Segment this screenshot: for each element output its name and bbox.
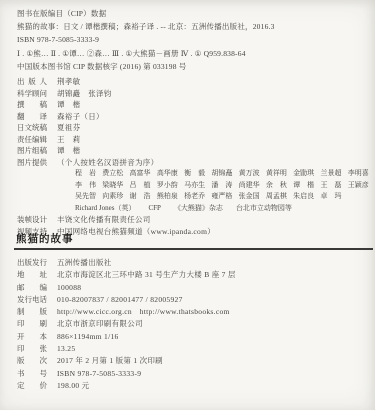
credit-label: 科学顾问 — [17, 88, 47, 100]
cip-heading: 图书在版编目（CIP）数据 — [17, 7, 369, 20]
pub-label: 版次 — [17, 355, 47, 367]
credit-value: 谭 楷 — [57, 146, 80, 155]
pub-label: 定价 — [17, 380, 47, 392]
credit-value: 夏祖芬 — [57, 123, 80, 132]
credit-value: 王 莉 — [57, 135, 80, 144]
photo-name: 吕 植 — [130, 180, 157, 192]
pub-value: 五洲传播出版社 — [57, 258, 112, 267]
photo-name: 向素珍 — [102, 191, 129, 203]
credit-row-responsible-editor: 责任编辑王 莉 — [17, 134, 371, 146]
photo-provider-names-row-2: 李 伟 梁晓华 吕 植 罗小韵 马亦生 潘 涛 尚建华 余 秋 谭 楷 王 磊 … — [75, 180, 375, 192]
pub-label: 地址 — [17, 269, 47, 281]
photo-name: 黄万波 — [239, 168, 266, 180]
credit-row-design: 装帧设计丰饶文化传播有限责任公司 — [17, 214, 371, 226]
photo-name: 周孟棋 — [266, 191, 293, 203]
pub-value: 010-82007837 / 82001477 / 82005927 — [57, 295, 183, 304]
book-title: 熊猫的故事 — [16, 231, 74, 246]
credit-value: 荆孝敏 — [57, 77, 80, 86]
pub-label: 开本 — [17, 331, 47, 343]
photo-name: 吴先智 — [75, 191, 102, 203]
credit-label: 责任编辑 — [17, 134, 47, 146]
photo-provider-names-row-1: 程 岩 费立松 高富华 高华康 衡 毅 胡锦矗 黄万波 黄祥明 金勖琪 兰景超 … — [75, 168, 375, 180]
pub-value: 100088 — [57, 283, 81, 292]
credit-row-science-advisors: 科学顾问胡锦矗 张泽钧 — [17, 88, 371, 100]
divider-rule — [14, 248, 373, 250]
credit-label: 图片提供 — [17, 157, 47, 169]
photo-name: 熊柏泉 — [157, 191, 184, 203]
photo-name: 余 秋 — [266, 180, 293, 192]
photo-name: 杨老乔 — [184, 191, 211, 203]
credit-row-author: 撰稿谭 楷 — [17, 99, 371, 111]
photo-name: 高富华 — [130, 168, 157, 180]
pub-value: 北京市浙京印刷有限公司 — [57, 319, 143, 328]
pub-row-address: 地址北京市海淀区北三环中路 31 号生产力大楼 B 座 7 层 — [17, 269, 371, 281]
pub-row-publisher: 出版发行五洲传播出版社 — [17, 257, 371, 269]
credit-value: （个人按姓名汉语拼音为序） — [57, 158, 158, 167]
publication-block: 出版发行五洲传播出版社 地址北京市海淀区北三环中路 31 号生产力大楼 B 座 … — [17, 257, 371, 392]
pub-label: 发行电话 — [17, 294, 47, 306]
pub-row-distribution-phone: 发行电话010-82007837 / 82001477 / 82005927 — [17, 294, 371, 306]
photo-name: 《大熊猫》杂志 — [174, 203, 223, 215]
credit-row-translator: 翻译森裕子（日） — [17, 111, 371, 123]
photo-name: 李明喜 — [348, 168, 375, 180]
credit-row-japanese-editor: 日文统稿夏祖芬 — [17, 122, 371, 134]
photo-name: 谢 浩 — [130, 191, 157, 203]
photo-name: 王颖彦 — [348, 180, 375, 192]
pub-row-format: 开本886×1194mm 1/16 — [17, 331, 371, 343]
pub-row-postcode: 邮编100088 — [17, 282, 371, 294]
credit-value: 丰饶文化传播有限责任公司 — [57, 215, 151, 224]
photo-name: 台北市立动物园等 — [236, 203, 292, 215]
cip-description-line: 熊猫的故事：日文 / 谭楷撰稿；森裕子译 . -- 北京：五洲传播出版社，201… — [17, 20, 369, 33]
cip-isbn-line: ISBN 978-7-5085-3333-9 — [17, 33, 369, 46]
pub-row-printer: 印刷北京市浙京印刷有限公司 — [17, 318, 371, 330]
cip-registry-line: 中国版本图书馆 CIP 数据核字 (2016) 第 033198 号 — [17, 60, 369, 73]
pub-row-edition: 版次2017 年 2 月第 1 版第 1 次印刷 — [17, 355, 371, 367]
photo-name: 尚建华 — [239, 180, 266, 192]
credit-label: 图片组稿 — [17, 145, 47, 157]
photo-name: 黄祥明 — [266, 168, 293, 180]
photo-name: 朱启良 — [293, 191, 320, 203]
credit-value: 中国网络电视台熊猫频道（www.ipanda.com） — [57, 227, 215, 236]
photo-name: 高华康 — [157, 168, 184, 180]
pub-value: http://www.cicc.org.cn http://www.thatsb… — [57, 307, 230, 316]
credit-row-photo-providers: 图片提供（个人按姓名汉语拼音为序） — [17, 157, 371, 169]
cip-classification-line: Ⅰ . ①熊… Ⅱ . ①谭… ②森… Ⅲ . ①大熊猫－画册 Ⅳ . ① Q9… — [17, 47, 369, 60]
photo-name: 费立松 — [102, 168, 129, 180]
photo-name: 谭 楷 — [293, 180, 320, 192]
colophon-page: 图书在版编目（CIP）数据 熊猫的故事：日文 / 谭楷撰稿；森裕子译 . -- … — [0, 0, 375, 410]
photo-name: 卓 玛 — [320, 191, 347, 203]
credit-value: 胡锦矗 张泽钧 — [57, 89, 112, 98]
photo-name: 马亦生 — [184, 180, 211, 192]
photo-name: 李 伟 — [75, 180, 102, 192]
pub-label: 制版 — [17, 306, 47, 318]
photo-name: 胡锦矗 — [211, 168, 238, 180]
pub-row-sheets: 印张13.25 — [17, 343, 371, 355]
photo-name: 雍严格 — [211, 191, 238, 203]
photo-name: 衡 毅 — [184, 168, 211, 180]
pub-value: ISBN 978-7-5085-3333-9 — [57, 369, 141, 378]
pub-value: 北京市海淀区北三环中路 31 号生产力大楼 B 座 7 层 — [57, 270, 236, 279]
pub-label: 印张 — [17, 343, 47, 355]
cip-block: 图书在版编目（CIP）数据 熊猫的故事：日文 / 谭楷撰稿；森裕子译 . -- … — [17, 7, 369, 73]
photo-name: Richard Jones（英） — [75, 203, 135, 215]
credit-value: 谭 楷 — [57, 100, 80, 109]
photo-name: 梁晓华 — [102, 180, 129, 192]
photo-name: 张金国 — [239, 191, 266, 203]
credit-value: 森裕子（日） — [57, 112, 104, 121]
credits-block: 出版人荆孝敏 科学顾问胡锦矗 张泽钧 撰稿谭 楷 翻译森裕子（日） 日文统稿夏祖… — [17, 76, 371, 237]
photo-name: CFP — [148, 203, 160, 215]
pub-value: 2017 年 2 月第 1 版第 1 次印刷 — [57, 356, 163, 365]
pub-label: 邮编 — [17, 282, 47, 294]
pub-label: 书号 — [17, 368, 47, 380]
photo-name: 王 磊 — [320, 180, 347, 192]
credit-label: 日文统稿 — [17, 122, 47, 134]
photo-provider-names-row-3: 吴先智 向素珍 谢 浩 熊柏泉 杨老乔 雍严格 张金国 周孟棋 朱启良 卓 玛 — [75, 191, 375, 203]
pub-label: 印刷 — [17, 318, 47, 330]
photo-provider-names-row-4: Richard Jones（英） CFP 《大熊猫》杂志 台北市立动物园等 — [75, 203, 371, 215]
credit-label: 装帧设计 — [17, 214, 47, 226]
pub-row-website: 制版http://www.cicc.org.cn http://www.that… — [17, 306, 371, 318]
pub-value: 13.25 — [57, 344, 75, 353]
pub-label: 出版发行 — [17, 257, 47, 269]
credit-row-publisher-person: 出版人荆孝敏 — [17, 76, 371, 88]
photo-name: 程 岩 — [75, 168, 102, 180]
credit-row-photo-coordinator: 图片组稿谭 楷 — [17, 145, 371, 157]
credit-label: 翻译 — [17, 111, 47, 123]
photo-name: 罗小韵 — [157, 180, 184, 192]
pub-value: 886×1194mm 1/16 — [57, 332, 119, 341]
pub-value: 198.00 元 — [57, 381, 89, 390]
pub-row-isbn: 书号ISBN 978-7-5085-3333-9 — [17, 368, 371, 380]
photo-name: 金勖琪 — [293, 168, 320, 180]
credit-label: 撰稿 — [17, 99, 47, 111]
pub-row-price: 定价198.00 元 — [17, 380, 371, 392]
credit-label: 出版人 — [17, 76, 47, 88]
photo-name: 潘 涛 — [211, 180, 238, 192]
photo-name: 兰景超 — [320, 168, 347, 180]
